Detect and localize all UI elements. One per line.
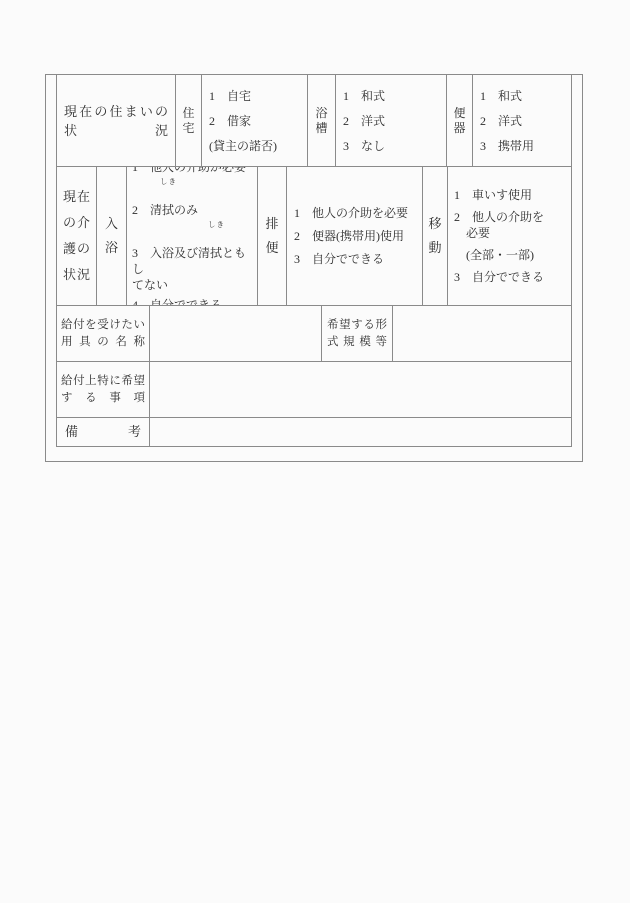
- toileting-options-cell: 1 他人の介助を必要 2 便器(携帯用)使用 3 自分でできる: [287, 167, 423, 305]
- remarks-row: 備考: [57, 418, 571, 446]
- mobility-option-independent: 3 自分でできる: [454, 269, 544, 285]
- mobility-option-needs-help: 2 他人の介助を 必要: [454, 209, 544, 241]
- housing-status-row: 現在の住まいの 状況 住 宅 1 自宅 2 借家 (貸主の諾否) 浴 槽 1 和…: [57, 75, 571, 167]
- care-status-label-cell: 現在 の介 護の 状況: [57, 167, 97, 305]
- toilet-header: 便 器: [447, 106, 472, 136]
- equipment-name-label-cell: 給付を受けたい 用具の名称: [57, 306, 150, 361]
- bathing-option-wipe-only: しき2 清拭のみ: [132, 186, 198, 218]
- desired-spec-label-cell: 希望する形 式規模等: [322, 306, 393, 361]
- housing-header-cell: 住 宅: [176, 75, 202, 166]
- remarks-label-cell: 備考: [57, 418, 150, 446]
- bathing-option-neither: しき3 入浴及び清拭ともし てない: [132, 229, 255, 293]
- bathtub-header-cell: 浴 槽: [308, 75, 336, 166]
- toileting-header: 排 便: [258, 212, 286, 260]
- special-wishes-label-cell: 給付上特に希望 する事項: [57, 362, 150, 417]
- mobility-options-cell: 1 車いす使用 2 他人の介助を 必要 (全部・一部) 3 自分でできる: [448, 167, 571, 305]
- toileting-header-cell: 排 便: [258, 167, 287, 305]
- special-wishes-row: 給付上特に希望 する事項: [57, 362, 571, 418]
- housing-option-landlord-consent: (貸主の諾否): [209, 138, 277, 154]
- toilet-header-cell: 便 器: [447, 75, 473, 166]
- housing-status-label-cell: 現在の住まいの 状況: [57, 75, 176, 166]
- care-status-label: 現在 の介 護の 状況: [57, 184, 96, 288]
- housing-header: 住 宅: [176, 106, 201, 136]
- special-wishes-label: 給付上特に希望 する事項: [57, 373, 149, 407]
- bathtub-header: 浴 槽: [308, 106, 335, 136]
- housing-option-rented: 2 借家: [209, 113, 251, 129]
- mobility-option-full-partial: (全部・一部): [454, 247, 534, 263]
- equipment-name-value-cell: [150, 306, 322, 361]
- toilet-option-portable: 3 携帯用: [480, 138, 534, 154]
- bathing-header: 入 浴: [97, 212, 126, 260]
- desired-spec-label: 希望する形 式規模等: [322, 317, 392, 351]
- bathing-options-cell: 1 他人の介助が必要 しき2 清拭のみ しき3 入浴及び清拭ともし てない 4 …: [127, 167, 258, 305]
- mobility-option-wheelchair: 1 車いす使用: [454, 187, 532, 203]
- scanned-form-page: 現在の住まいの 状況 住 宅 1 自宅 2 借家 (貸主の諾否) 浴 槽 1 和…: [0, 0, 630, 903]
- bathing-header-cell: 入 浴: [97, 167, 127, 305]
- bathing-option-neither-text: 3 入浴及び清拭ともし てない: [132, 246, 246, 292]
- toileting-option-portable-toilet: 2 便器(携帯用)使用: [294, 228, 404, 244]
- mobility-header-cell: 移 動: [423, 167, 448, 305]
- bathing-option-wipe-only-text: 2 清拭のみ: [132, 203, 198, 217]
- bathing-option-independent: 4 自分でできる: [132, 297, 222, 305]
- furigana-shiki: しき: [160, 178, 177, 186]
- special-wishes-value-cell: [150, 362, 571, 417]
- remarks-value-cell: [150, 418, 571, 446]
- housing-status-label: 現在の住まいの 状況: [57, 102, 175, 140]
- desired-spec-value-cell: [393, 306, 571, 361]
- toilet-option-western: 2 洋式: [480, 113, 522, 129]
- toilet-option-japanese: 1 和式: [480, 88, 522, 104]
- mobility-header: 移 動: [423, 212, 447, 260]
- toileting-option-independent: 3 自分でできる: [294, 251, 384, 267]
- bathtub-option-western: 2 洋式: [343, 113, 385, 129]
- bathing-option-needs-help: 1 他人の介助が必要: [132, 167, 246, 175]
- toilet-options-cell: 1 和式 2 洋式 3 携帯用: [473, 75, 571, 166]
- equipment-name-label: 給付を受けたい 用具の名称: [57, 317, 149, 351]
- bathtub-option-none: 3 なし: [343, 138, 385, 154]
- bathtub-option-japanese: 1 和式: [343, 88, 385, 104]
- housing-option-own-home: 1 自宅: [209, 88, 251, 104]
- remarks-label: 備考: [57, 424, 149, 440]
- equipment-name-row: 給付を受けたい 用具の名称 希望する形 式規模等: [57, 306, 571, 362]
- housing-options-cell: 1 自宅 2 借家 (貸主の諾否): [202, 75, 308, 166]
- benefit-application-table: 現在の住まいの 状況 住 宅 1 自宅 2 借家 (貸主の諾否) 浴 槽 1 和…: [56, 74, 572, 447]
- bathtub-options-cell: 1 和式 2 洋式 3 なし: [336, 75, 447, 166]
- toileting-option-needs-help: 1 他人の介助を必要: [294, 205, 408, 221]
- furigana-shiki: しき: [208, 221, 225, 229]
- care-status-row: 現在 の介 護の 状況 入 浴 1 他人の介助が必要 しき2 清拭のみ しき3 …: [57, 167, 571, 306]
